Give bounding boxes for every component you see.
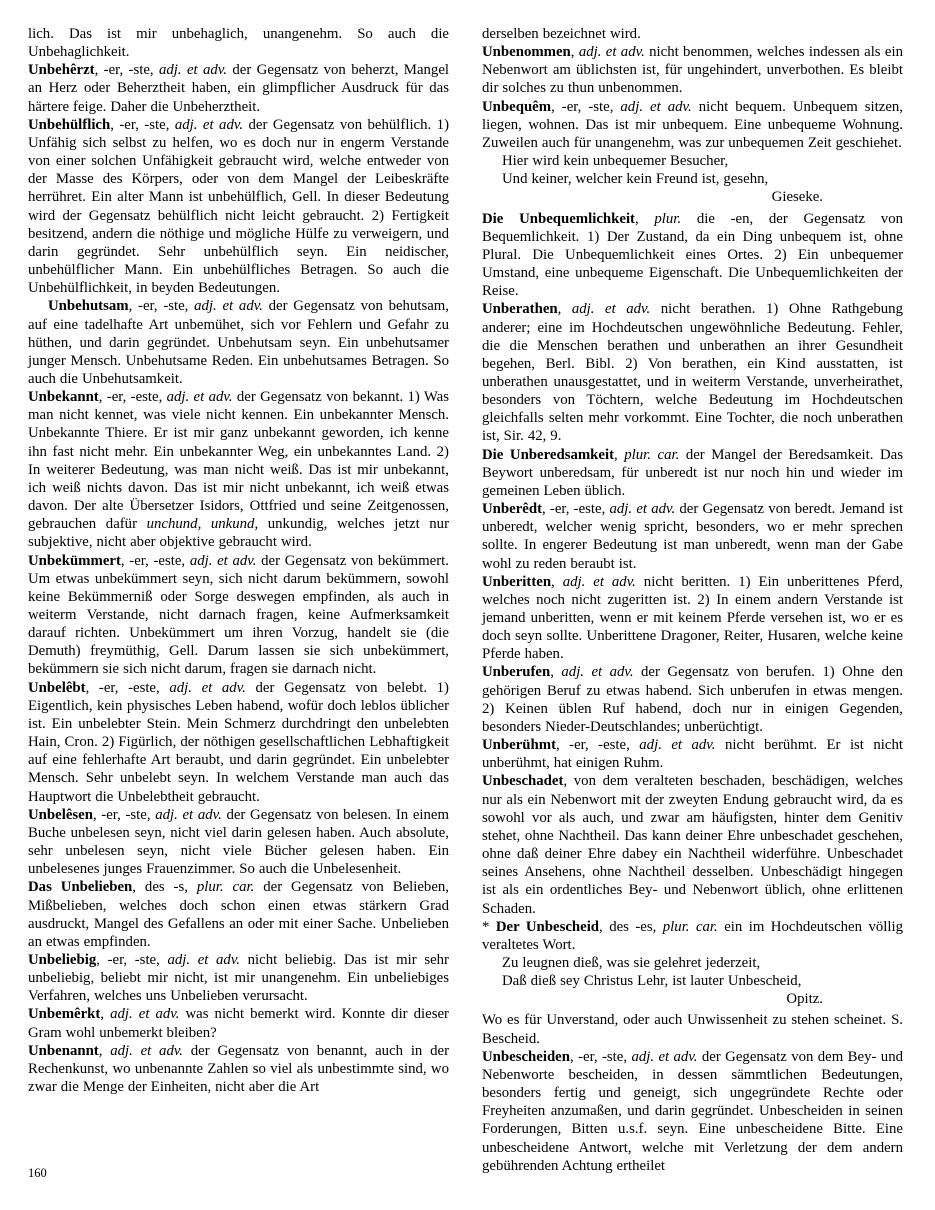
- text-column-right: derselben bezeichnet wird.Unbenommen, ad…: [482, 25, 903, 1175]
- dictionary-entry: * Der Unbescheid, des -es, plur. car. ei…: [482, 918, 903, 954]
- dictionary-entry: Unbehêrzt, -er, -ste, adj. et adv. der G…: [28, 61, 449, 115]
- entry-text: , -er, -ste,: [570, 1049, 631, 1065]
- entry-text: der Gegensatz von bekannt. 1) Was man ni…: [28, 389, 449, 532]
- headword: Unbenannt: [28, 1043, 99, 1059]
- headword: Das Unbelieben: [28, 879, 132, 895]
- grammar-label: adj. et adv.: [175, 117, 243, 133]
- citation-author: Opitz.: [482, 990, 903, 1008]
- entry-text: , -er, -ste,: [110, 117, 175, 133]
- grammar-label: adj. et adv.: [631, 1049, 697, 1065]
- dictionary-entry: Unbenommen, adj. et adv. nicht benommen,…: [482, 43, 903, 97]
- entry-text: Opitz.: [786, 991, 823, 1007]
- continuation-text: Wo es für Unverstand, oder auch Unwissen…: [482, 1011, 903, 1047]
- dictionary-entry: Unbekümmert, -er, -este, adj. et adv. de…: [28, 552, 449, 679]
- verse-line: Und keiner, welcher kein Freund ist, ges…: [482, 170, 903, 188]
- dictionary-entry: Unbeschadet, von dem veralteten beschade…: [482, 772, 903, 917]
- entry-text: , -er, -ste,: [96, 952, 167, 968]
- entry-text: ,: [635, 211, 654, 227]
- headword: Unbenommen: [482, 44, 571, 60]
- entry-text: Und keiner, welcher kein Freund ist, ges…: [502, 171, 768, 187]
- entry-text: , -er, -este,: [99, 389, 167, 405]
- dictionary-entry: Unbenannt, adj. et adv. der Gegensatz vo…: [28, 1042, 449, 1096]
- dictionary-entry: Unberühmt, -er, -este, adj. et adv. nich…: [482, 736, 903, 772]
- entry-text: Daß dieß sey Christus Lehr, ist lauter U…: [502, 973, 801, 989]
- headword: Unbehêrzt: [28, 62, 95, 78]
- dictionary-page: lich. Das ist mir unbehaglich, unangeneh…: [0, 0, 935, 1210]
- entry-text: der Gegensatz von behülflich. 1) Unfähig…: [28, 117, 449, 296]
- headword: Unbekannt: [28, 389, 99, 405]
- grammar-label: adj. et adv.: [194, 298, 263, 314]
- dictionary-entry: Unbemêrkt, adj. et adv. was nicht bemerk…: [28, 1005, 449, 1041]
- headword: Unbehülflich: [28, 117, 110, 133]
- entry-text: , -er, -ste,: [95, 62, 159, 78]
- headword: Unbelêbt: [28, 680, 86, 696]
- entry-text: , von dem veralteten beschaden, beschädi…: [482, 773, 903, 916]
- grammar-label: adj. et adv.: [155, 807, 222, 823]
- dictionary-entry: Unberitten, adj. et adv. nicht beritten.…: [482, 573, 903, 664]
- entry-text: , -er, -este,: [121, 553, 190, 569]
- grammar-label: adj. et adv.: [190, 553, 257, 569]
- entry-text: ,: [558, 301, 572, 317]
- grammar-label: adj. et adv.: [639, 737, 715, 753]
- headword: Unbequêm: [482, 99, 551, 115]
- entry-text: Wo es für Unverstand, oder auch Unwissen…: [482, 1012, 903, 1046]
- entry-text: derselben bezeichnet wird.: [482, 26, 641, 42]
- headword: Unbehutsam: [48, 298, 129, 314]
- headword: Der Unbescheid: [496, 919, 599, 935]
- entry-text: , -er, -este,: [542, 501, 609, 517]
- headword: Unbekümmert: [28, 553, 121, 569]
- grammar-label: adj. et adv.: [561, 664, 633, 680]
- entry-text: Gieseke.: [772, 189, 823, 205]
- dictionary-entry: Unbehutsam, -er, -ste, adj. et adv. der …: [28, 297, 449, 388]
- dictionary-entry: Unbekannt, -er, -este, adj. et adv. der …: [28, 388, 449, 551]
- headword: Unberathen: [482, 301, 558, 317]
- dictionary-entry: Das Unbelieben, des -s, plur. car. der G…: [28, 878, 449, 951]
- text-columns: lich. Das ist mir unbehaglich, unangeneh…: [0, 0, 935, 1175]
- grammar-label: adj. et adv.: [572, 301, 650, 317]
- headword: Unbeliebig: [28, 952, 96, 968]
- citation-author: Gieseke.: [482, 188, 903, 206]
- entry-text: , des -s,: [132, 879, 197, 895]
- grammar-label: adj. et adv.: [610, 501, 676, 517]
- dictionary-entry: Unbelêbt, -er, -este, adj. et adv. der G…: [28, 679, 449, 806]
- entry-text: lich. Das ist mir unbehaglich, unangeneh…: [28, 26, 449, 60]
- entry-text: Hier wird kein unbequemer Besucher,: [502, 153, 728, 169]
- dictionary-entry: Unberêdt, -er, -este, adj. et adv. der G…: [482, 500, 903, 573]
- headword: Die Unberedsamkeit: [482, 447, 614, 463]
- entry-text: , -er, -ste,: [551, 99, 620, 115]
- grammar-label: adj. et adv.: [169, 680, 246, 696]
- entry-text: ,: [550, 664, 561, 680]
- grammar-label: adj. et adv.: [563, 574, 636, 590]
- dictionary-entry: Unberufen, adj. et adv. der Gegensatz vo…: [482, 663, 903, 736]
- headword: Unbelêsen: [28, 807, 93, 823]
- text-column-left: lich. Das ist mir unbehaglich, unangeneh…: [28, 25, 449, 1175]
- verse-line: Zu leugnen dieß, was sie gelehret jederz…: [482, 954, 903, 972]
- verse-line: Hier wird kein unbequemer Besucher,: [482, 152, 903, 170]
- entry-text: , -er, -este,: [556, 737, 639, 753]
- entry-text: , -er, -ste,: [129, 298, 195, 314]
- grammar-label: adj. et adv.: [579, 44, 645, 60]
- entry-text: ,: [99, 1043, 110, 1059]
- dictionary-entry: Die Unbequemlichkeit, plur. die -en, der…: [482, 210, 903, 301]
- entry-text: ,: [100, 1006, 110, 1022]
- dictionary-entry: Unbehülflich, -er, -ste, adj. et adv. de…: [28, 116, 449, 298]
- entry-text: ,: [614, 447, 624, 463]
- continuation-text: derselben bezeichnet wird.: [482, 25, 903, 43]
- dictionary-entry: Die Unberedsamkeit, plur. car. der Mange…: [482, 446, 903, 500]
- entry-text: der Gegensatz von bekümmert. Um etwas un…: [28, 553, 449, 678]
- grammar-label: adj. et adv.: [110, 1006, 179, 1022]
- grammar-label: plur. car.: [624, 447, 679, 463]
- entry-text: ,: [551, 574, 563, 590]
- entry-text: Zu leugnen dieß, was sie gelehret jederz…: [502, 955, 760, 971]
- headword: Unberêdt: [482, 501, 542, 517]
- entry-text: , -er, -ste,: [93, 807, 155, 823]
- grammar-label: adj. et adv.: [110, 1043, 183, 1059]
- entry-text: *: [482, 919, 496, 935]
- headword: Unberitten: [482, 574, 551, 590]
- entry-text: ,: [571, 44, 579, 60]
- entry-text: , -er, -este,: [86, 680, 170, 696]
- entry-text: der Gegensatz von dem Bey- und Nebenwort…: [482, 1049, 903, 1174]
- dictionary-entry: Unbelêsen, -er, -ste, adj. et adv. der G…: [28, 806, 449, 879]
- headword: Unberühmt: [482, 737, 556, 753]
- grammar-label: adj. et adv.: [167, 389, 233, 405]
- grammar-label: adj. et adv.: [159, 62, 227, 78]
- headword: Unberufen: [482, 664, 550, 680]
- dictionary-entry: Unbeliebig, -er, -ste, adj. et adv. nich…: [28, 951, 449, 1005]
- dictionary-entry: Unberathen, adj. et adv. nicht berathen.…: [482, 300, 903, 445]
- headword: Unbemêrkt: [28, 1006, 100, 1022]
- dictionary-entry: Unbequêm, -er, -ste, adj. et adv. nicht …: [482, 98, 903, 152]
- headword: Unbescheiden: [482, 1049, 570, 1065]
- continuation-text: lich. Das ist mir unbehaglich, unangeneh…: [28, 25, 449, 61]
- grammar-label: plur. car.: [663, 919, 718, 935]
- headword: Die Unbequemlichkeit: [482, 211, 635, 227]
- entry-text: nicht berathen. 1) Ohne Rathgebung ander…: [482, 301, 903, 444]
- grammar-label: plur. car.: [197, 879, 254, 895]
- page-number: 160: [28, 1166, 47, 1180]
- grammar-label: adj. et adv.: [620, 99, 691, 115]
- headword: Unbeschadet: [482, 773, 563, 789]
- dictionary-entry: Unbescheiden, -er, -ste, adj. et adv. de…: [482, 1048, 903, 1175]
- verse-line: Daß dieß sey Christus Lehr, ist lauter U…: [482, 972, 903, 990]
- grammar-label: adj. et adv.: [167, 952, 240, 968]
- grammar-label: unchund, unkund,: [147, 516, 259, 532]
- grammar-label: plur.: [654, 211, 681, 227]
- entry-text: der Gegensatz von belebt. 1) Eigentlich,…: [28, 680, 449, 805]
- entry-text: , des -es,: [599, 919, 663, 935]
